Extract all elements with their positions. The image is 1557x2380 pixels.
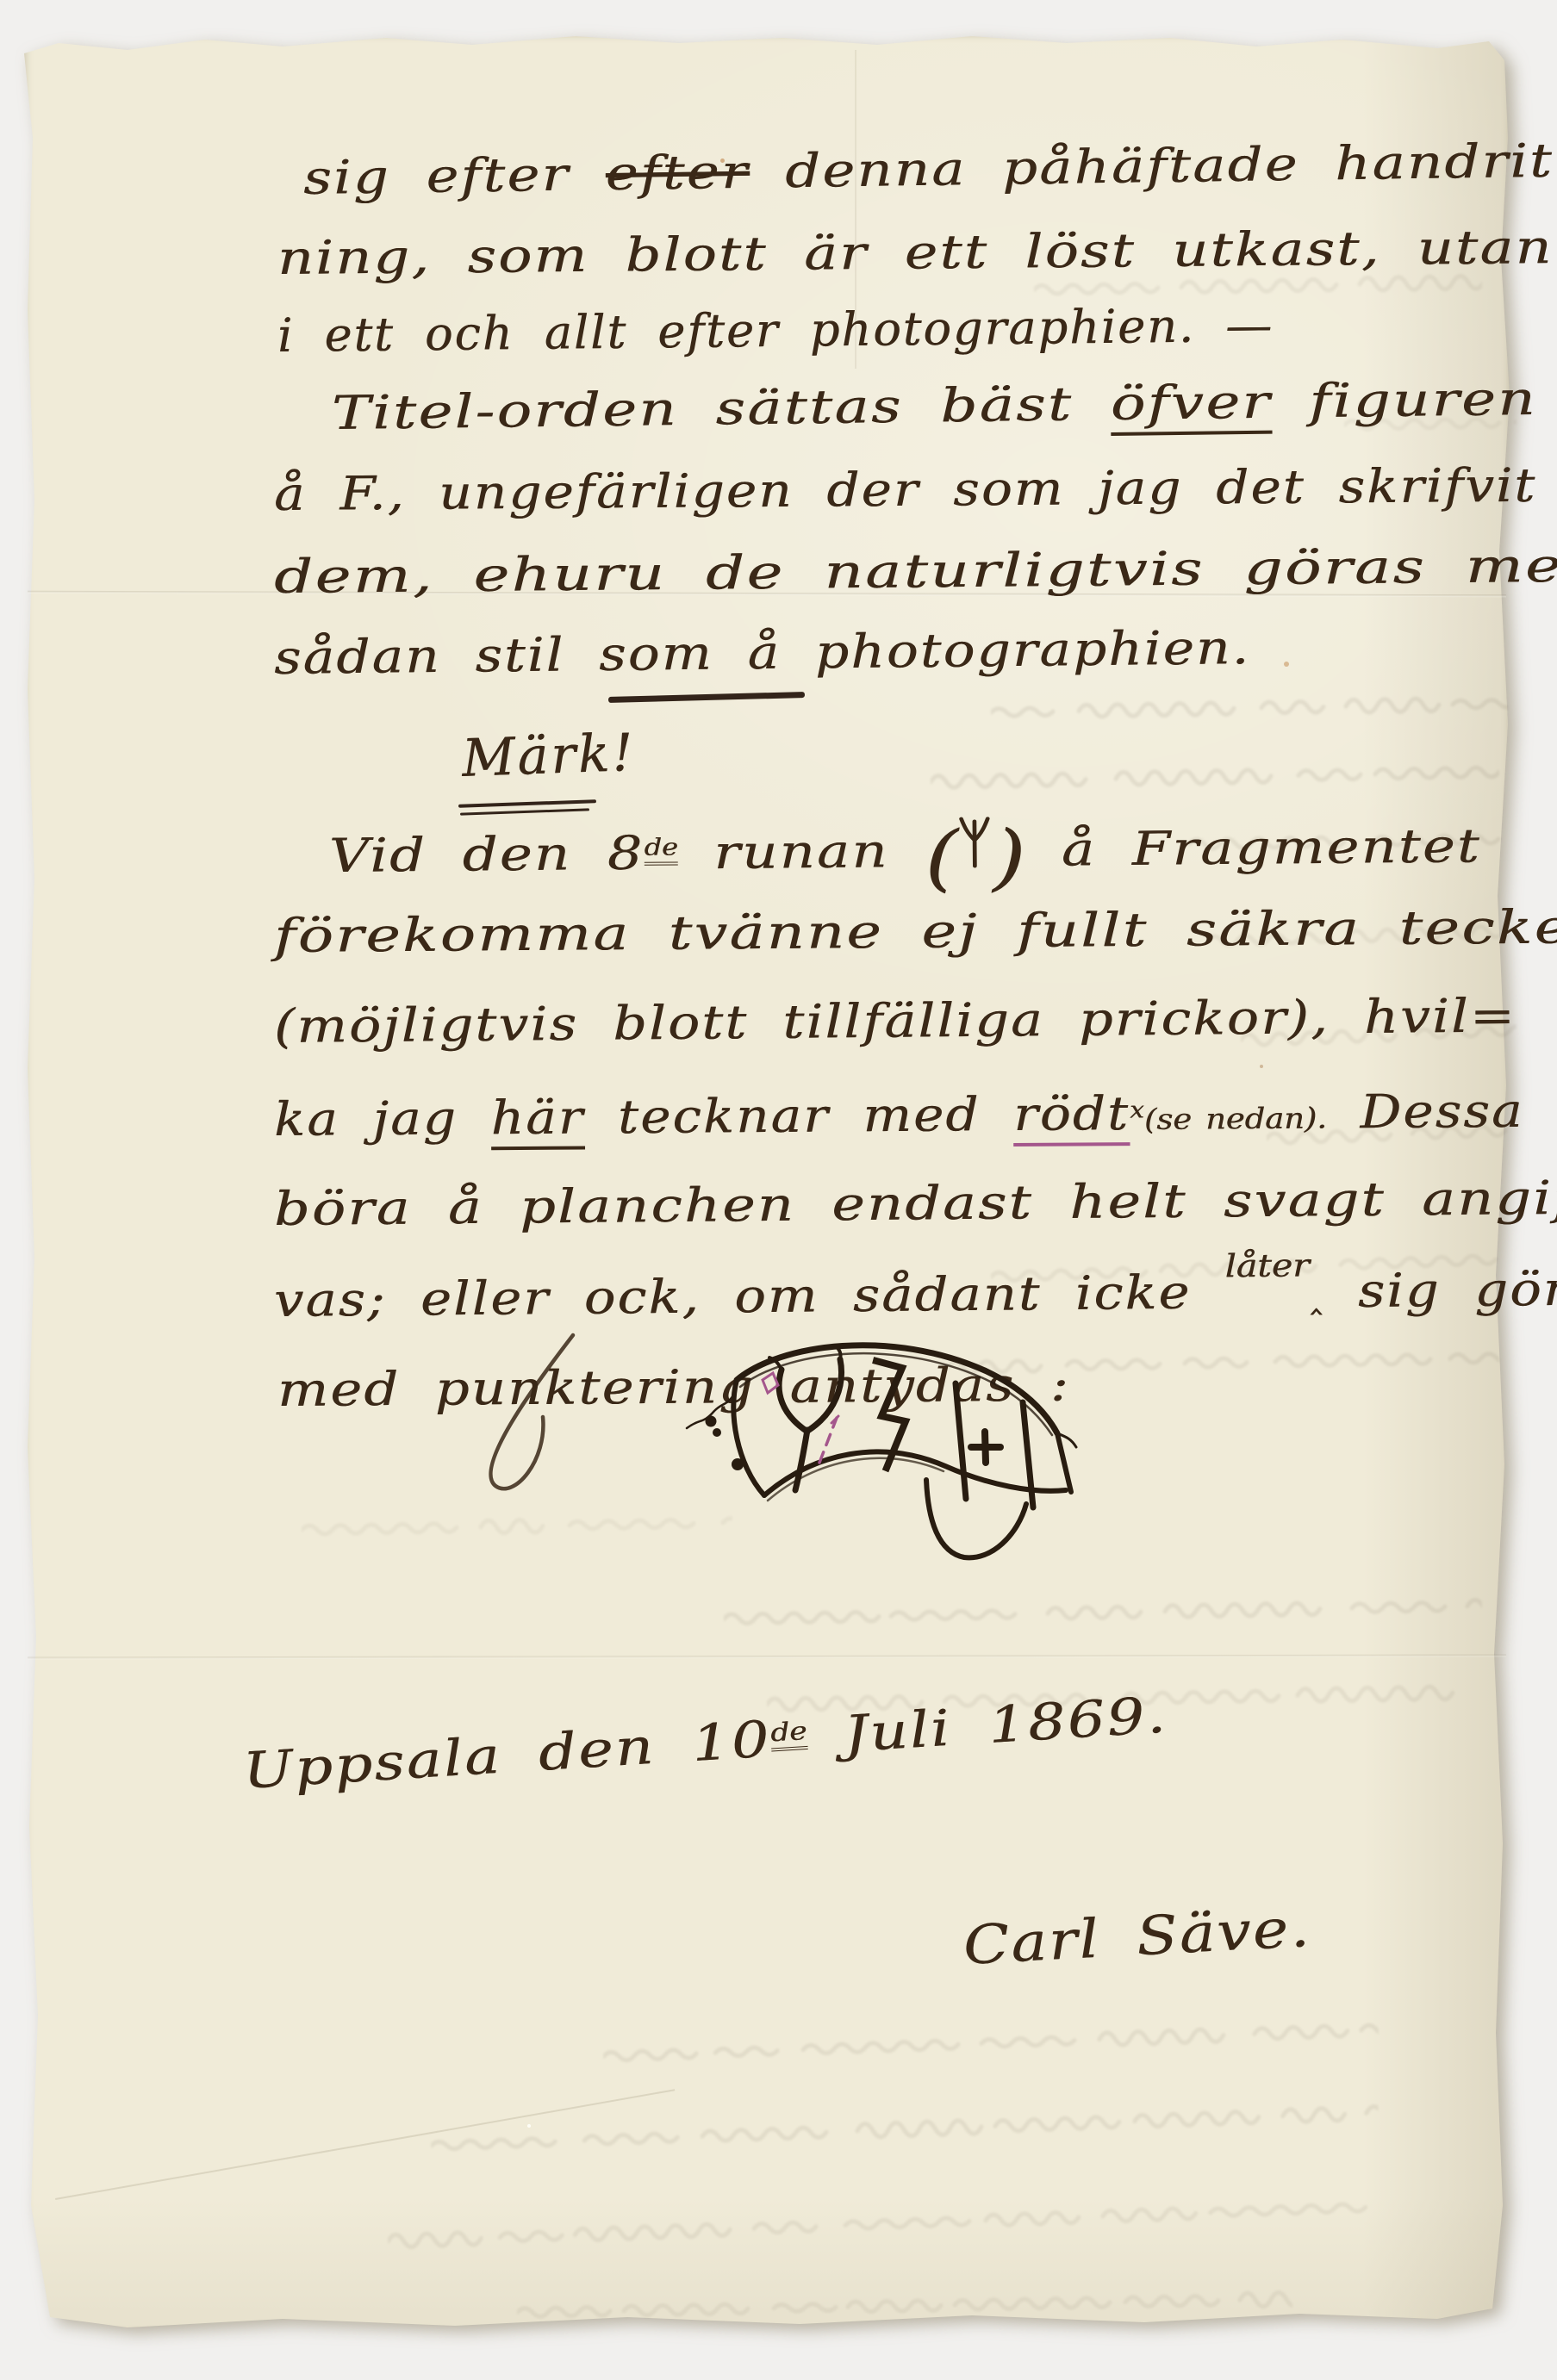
handwriting-line-12: ka jag här tecknar med rödtx(se nedan). … [274,1084,1524,1147]
heading-underline-1 [458,799,596,808]
ordinal-suffix: de [644,834,678,865]
signature: Carl Säve. [962,1896,1312,1977]
line-text: sig efter [303,146,607,205]
line-text: tecknar med [584,1087,1013,1144]
handwriting-line-10: förekomma tvänne ej fullt säkra tecken [274,899,1557,963]
inserted-word: låter [1224,1247,1310,1285]
inline-note: (se nedan). [1144,1101,1327,1135]
letter-content: sig efter efter denna påhäftade handrit=… [0,0,1557,2380]
rune-algiz-left-arm [779,1370,807,1432]
handwriting-line-4: Titel-orden sättas bäst öfver figuren [332,371,1538,440]
handwriting-line-9: Vid den 8de runan () å Fragmentet [329,810,1482,904]
heading-text: Märk! [461,723,637,789]
algiz-rune-icon [957,814,993,871]
close-paren: ) [992,814,1025,898]
handwriting-line-5: å F., ungefärligen der som jag det skrif… [274,458,1537,521]
underlined-word: öfver [1110,375,1272,436]
handwriting-line-2: ning, som blott är ett löst utkast, utan [277,220,1554,285]
mark-heading: Märk! [461,723,637,789]
line-text: sig göra, [1323,1261,1557,1318]
handwriting-line-14: vas; eller ock, om sådant icke låter‸ si… [274,1261,1557,1327]
scanned-letter-page: sig efter efter denna påhäftade handrit=… [0,0,1557,2380]
insertion-caret: ‸ [1310,1277,1324,1314]
line-text: figuren [1271,371,1537,429]
open-paren: ( [925,815,958,899]
handwriting-line-7: sådan stil som å photographien. [274,620,1251,685]
line-text: ning, som blott är ett löst utkast, utan [277,220,1554,285]
line-text: å F., ungefärligen der som jag det skrif… [274,458,1537,521]
band-right-cut [1057,1433,1071,1492]
line-text: å Fragmentet [1025,818,1481,877]
date-text: Uppsala den 10 [241,1710,773,1800]
line-text: dem, ehuru de naturligtvis göras med [274,538,1557,604]
section-divider-rule [608,692,805,703]
handwriting-line-13: böra å planchen endast helt svagt angif= [274,1170,1557,1236]
line-text: sådan stil som å photographien. [274,620,1251,685]
line-text: förekomma tvänne ej fullt säkra tecken [274,899,1557,963]
handwriting-line-6: dem, ehuru de naturligtvis göras med [274,538,1557,604]
line-text: Vid den 8 [329,826,645,883]
heading-underline-2 [460,808,589,815]
line-text: runan [678,823,925,879]
line-text: Dessa [1327,1084,1524,1140]
word-divider-1 [956,1383,966,1499]
red-diamond-mark [763,1373,778,1393]
line-text: ka jag [274,1091,491,1147]
handwriting-line-11: (möjligtvis blott tillfälliga prickor), … [274,988,1517,1053]
struck-word: efter [605,145,750,201]
ordinal-suffix: de [769,1716,807,1752]
red-underlined-word: rödt [1013,1086,1130,1147]
x-reference-mark: x [1130,1097,1144,1123]
line-text: denna påhäftade handrit= [749,133,1557,199]
line-text: i ett och allt efter photographien. — [277,298,1274,363]
hanging-loop [926,1480,1026,1557]
pen-flourish [435,1322,633,1512]
handwriting-line-3: i ett och allt efter photographien. — [277,298,1274,363]
line-text: böra å planchen endast helt svagt angif= [274,1170,1557,1236]
band-inner-arc-sketchline [768,1458,944,1501]
signature-text: Carl Säve. [962,1896,1312,1977]
band-left-end [733,1380,764,1495]
line-text: vas; eller ock, om sådant icke [274,1265,1225,1327]
rune-fragment-sketch [676,1335,1168,1706]
cross-vertical [985,1432,986,1463]
line-text: Titel-orden sättas bäst [332,376,1112,440]
handwriting-line-1: sig efter efter denna påhäftade handrit= [303,133,1557,205]
rune-algiz-stem [795,1430,807,1490]
underlined-word: här [490,1090,584,1150]
line-text: (möjligtvis blott tillfälliga prickor), … [274,988,1517,1053]
